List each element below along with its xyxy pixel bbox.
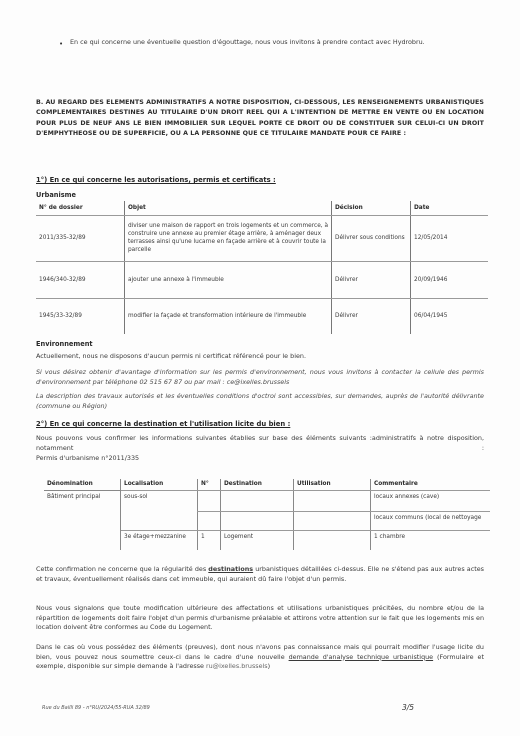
table-row: 1946/340-32/89 ajouter une annexe à l'im… (36, 261, 488, 298)
commentaire-cell: locaux annexes (cave) (371, 490, 491, 511)
numero-cell (198, 490, 221, 511)
objet-cell: ajouter une annexe à l'immeuble (125, 261, 332, 298)
analyse-technique-link[interactable]: demande d'analyse technique urbanistique (289, 653, 434, 661)
commentaire-cell: 1 chambre (371, 530, 491, 550)
environnement-info: Si vous désirez obtenir d'avantage d'inf… (36, 368, 484, 387)
decision-cell: Délivrer (332, 298, 411, 334)
table-row: 2011/335-32/89 diviser une maison de rap… (36, 215, 488, 261)
confirmation-paragraph: Cette confirmation ne concerne que la ré… (36, 565, 484, 584)
date-cell: 12/05/2014 (411, 215, 489, 261)
col-denomination: Dénomination (44, 479, 121, 490)
col-localisation: Localisation (121, 479, 198, 490)
localisation-cell: 3e étage+mezzanine (121, 530, 198, 550)
objet-cell: diviser une maison de rapport en trois l… (125, 215, 332, 261)
destination-table: Dénomination Localisation N° Destination… (44, 479, 490, 550)
utilisation-cell (294, 530, 371, 550)
signal-paragraph: Nous vous signalons que toute modificati… (36, 604, 484, 633)
destinations-emphasis: destinations (208, 565, 253, 573)
elements-text-end: ) (268, 662, 271, 670)
utilisation-cell (294, 511, 371, 530)
col-utilisation: Utilisation (294, 479, 371, 490)
denomination-cell: Bâtiment principal (44, 490, 121, 550)
localisation-cell: sous-sol (121, 490, 198, 530)
section-2-heading: 2°) En ce qui concerne la destination et… (36, 420, 290, 428)
destination-cell: Logement (221, 530, 294, 550)
decision-cell: Délivrer sous conditions (332, 215, 411, 261)
document-page: • En ce qui concerne une éventuelle ques… (0, 0, 520, 736)
section-2-permit: Permis d'urbanisme n°2011/335 (36, 454, 484, 464)
col-objet: Objet (125, 201, 332, 215)
page-number: 3/5 (402, 703, 414, 712)
section-b-heading: B. AU REGARD DES ELEMENTS ADMINISTRATIFS… (36, 98, 484, 139)
decision-cell: Délivrer (332, 261, 411, 298)
footer-reference: Rue du Bailli 89 - n°RU/2024/55-RUA 32/8… (42, 705, 150, 711)
numero-cell: 1 (198, 530, 221, 550)
table-row: 1945/33-32/89 modifier la façade et tran… (36, 298, 488, 334)
destination-cell (221, 490, 294, 511)
col-date: Date (411, 201, 489, 215)
date-cell: 06/04/1945 (411, 298, 489, 334)
egouttage-paragraph: En ce qui concerne une éventuelle questi… (70, 38, 480, 48)
col-dossier: N° de dossier (36, 201, 125, 215)
bullet-marker: • (59, 40, 63, 48)
objet-cell: modifier la façade et transformation int… (125, 298, 332, 334)
urbanisme-heading: Urbanisme (36, 191, 76, 199)
destination-cell (221, 511, 294, 530)
dossier-cell: 1946/340-32/89 (36, 261, 125, 298)
col-numero: N° (198, 479, 221, 490)
numero-cell (198, 511, 221, 530)
confirmation-text-start: Cette confirmation ne concerne que la ré… (36, 565, 208, 573)
elements-paragraph: Dans le cas où vous possédez des élément… (36, 643, 484, 672)
environnement-text: Actuellement, nous ne disposons d'aucun … (36, 352, 484, 362)
date-cell: 20/09/1946 (411, 261, 489, 298)
dossier-cell: 2011/335-32/89 (36, 215, 125, 261)
dossier-cell: 1945/33-32/89 (36, 298, 125, 334)
table-row: Bâtiment principal sous-sol locaux annex… (44, 490, 490, 511)
commentaire-cell: locaux communs (local de nettoyage (371, 511, 491, 530)
col-decision: Décision (332, 201, 411, 215)
section-2-intro: Nous pouvons vous confirmer les informat… (36, 434, 484, 453)
utilisation-cell (294, 490, 371, 511)
col-destination: Destination (221, 479, 294, 490)
urbanisme-table: N° de dossier Objet Décision Date 2011/3… (36, 201, 488, 334)
environnement-description: La description des travaux autorisés et … (36, 392, 484, 411)
email-address: ru@ixelles.brussels (206, 662, 268, 670)
section-1-heading: 1°) En ce qui concerne les autorisations… (36, 176, 276, 184)
col-commentaire: Commentaire (371, 479, 491, 490)
environnement-heading: Environnement (36, 340, 93, 348)
